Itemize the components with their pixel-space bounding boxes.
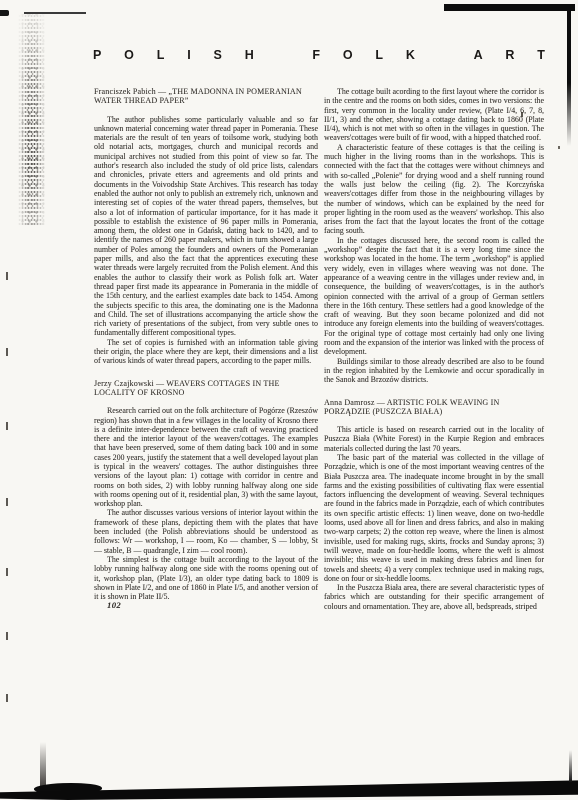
scan-right-edge-line bbox=[567, 6, 571, 146]
article-heading-pabich: Franciszek Pabich — „THE MADONNA IN POME… bbox=[94, 87, 318, 106]
scan-bottom-right-mark bbox=[569, 750, 572, 782]
paragraph: Research carried out on the folk archite… bbox=[94, 406, 318, 508]
journal-header-title: POLISH FOLK ART bbox=[93, 47, 545, 63]
paragraph: The set of copies is furnished with an i… bbox=[94, 338, 318, 366]
scan-corner-mark bbox=[0, 10, 9, 16]
scan-margin-tick bbox=[6, 498, 8, 506]
paragraph: This article is based on research carrie… bbox=[324, 425, 544, 453]
scan-margin-tick bbox=[6, 348, 8, 356]
paragraph: Buildings similar to those already descr… bbox=[324, 357, 544, 385]
scanned-journal-page: POLISH FOLK ART Franciszek Pabich — „THE… bbox=[0, 0, 578, 800]
scan-margin-tick bbox=[6, 568, 8, 576]
scan-margin-tick bbox=[6, 632, 8, 640]
paragraph: The author discusses various versions of… bbox=[94, 508, 318, 554]
scan-bottom-smudge bbox=[40, 742, 46, 788]
paragraph: The cottage built acording to the first … bbox=[324, 87, 544, 143]
scan-margin-tick bbox=[6, 694, 8, 702]
paragraph: The simplest is the cottage built accord… bbox=[94, 555, 318, 601]
paragraph: The basic part of the material was colle… bbox=[324, 453, 544, 583]
article-heading-czajkowski: Jerzy Czajkowski — WEAVERS COTTAGES IN T… bbox=[94, 379, 318, 398]
paragraph: In the Puszcza Biała area, there are sev… bbox=[324, 583, 544, 611]
article-heading-damrosz: Anna Damrosz — ARTISTIC FOLK WEAVING IN … bbox=[324, 398, 544, 417]
paragraph: In the cottages discussed here, the seco… bbox=[324, 236, 544, 357]
scan-margin-tick bbox=[6, 422, 8, 430]
paragraph: A characteristic feature of these cottag… bbox=[324, 143, 544, 236]
scan-binding-shadow bbox=[18, 14, 45, 226]
scan-top-edge-bar bbox=[444, 4, 575, 11]
paragraph: The author publishes some particularly v… bbox=[94, 115, 318, 338]
right-text-column: The cottage built acording to the first … bbox=[324, 87, 544, 611]
page-number: 102 bbox=[94, 601, 318, 610]
scan-speck bbox=[558, 146, 560, 149]
scan-margin-tick bbox=[6, 272, 8, 280]
left-text-column: Franciszek Pabich — „THE MADONNA IN POME… bbox=[94, 87, 318, 611]
